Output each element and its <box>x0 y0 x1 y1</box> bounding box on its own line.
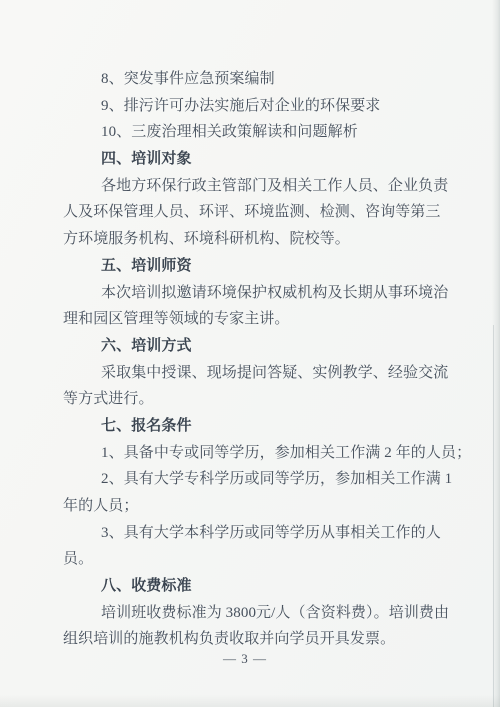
text-line-heading: 五、培训师资 <box>63 253 443 280</box>
text-line-body: 员。 <box>63 546 443 573</box>
text-line-list-item: 8、突发事件应急预案编制 <box>63 66 443 93</box>
paper-bottom-edge-shadow <box>0 695 500 707</box>
text-line-list-item: 1、具备中专或同等学历，参加相关工作满 2 年的人员； <box>63 440 443 467</box>
text-line-body: 等方式进行。 <box>63 386 443 413</box>
scanned-document-page: 8、突发事件应急预案编制9、排污许可办法实施后对企业的环保要求10、三废治理相关… <box>0 0 500 707</box>
text-line-body: 方环境服务机构、环境科研机构、院校等。 <box>63 226 443 253</box>
text-line-heading: 七、报名条件 <box>63 413 443 440</box>
text-line-body: 人及环保管理人员、环评、环境监测、检测、咨询等第三 <box>63 199 443 226</box>
text-line-body: 理和园区管理等领域的专家主讲。 <box>63 306 443 333</box>
text-line-body: 年的人员； <box>63 493 443 520</box>
text-line-list-item: 3、具有大学本科学历或同等学历从事相关工作的人 <box>63 520 443 547</box>
text-line-list-item: 2、具有大学专科学历或同等学历，参加相关工作满 1 <box>63 466 443 493</box>
text-line-heading: 四、培训对象 <box>63 146 443 173</box>
paper-right-edge-shadow <box>492 0 500 707</box>
document-body: 8、突发事件应急预案编制9、排污许可办法实施后对企业的环保要求10、三废治理相关… <box>63 66 443 653</box>
page-number: — 3 — <box>55 650 435 668</box>
text-line-body: 培训班收费标准为 3800元/人（含资料费）。培训费由 <box>63 600 443 627</box>
text-line-body: 各地方环保行政主管部门及相关工作人员、企业负责 <box>63 173 443 200</box>
text-line-body: 采取集中授课、现场提问答疑、实例教学、经验交流 <box>63 360 443 387</box>
text-line-list-item: 10、三废治理相关政策解读和问题解析 <box>63 119 443 146</box>
text-line-body: 本次培训拟邀请环境保护权威机构及长期从事环境治 <box>63 280 443 307</box>
paper-edge-line <box>493 325 494 707</box>
text-line-list-item: 9、排污许可办法实施后对企业的环保要求 <box>63 93 443 120</box>
text-line-heading: 六、培训方式 <box>63 333 443 360</box>
text-line-heading: 八、收费标准 <box>63 573 443 600</box>
